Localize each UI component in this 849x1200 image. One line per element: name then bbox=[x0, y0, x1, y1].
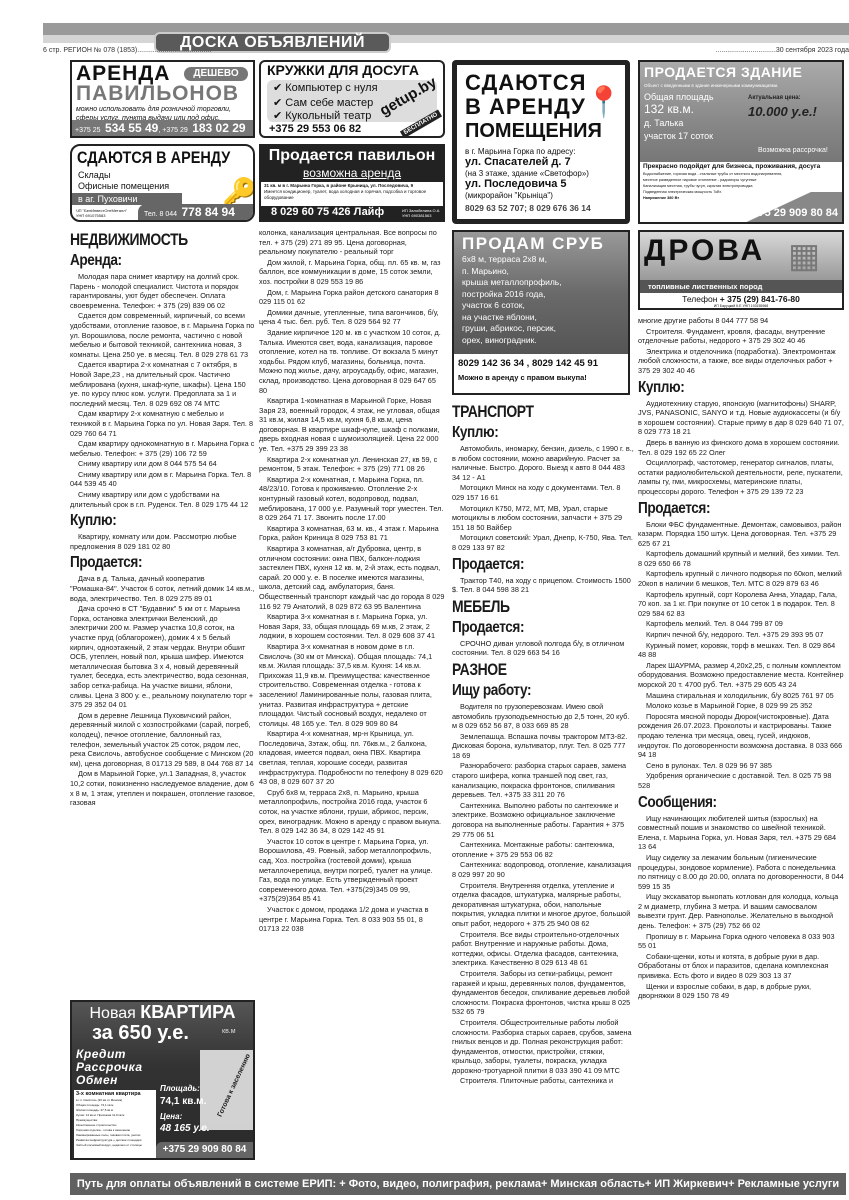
listing-continued: колонка, канализация центральная. Все во… bbox=[259, 228, 445, 257]
ad-headline: ДРОВА bbox=[644, 234, 765, 268]
ad-address-note: (микрорайон "Крыніца") bbox=[465, 191, 553, 200]
listing: Собаки-щенки, коты и котята, в добрые ру… bbox=[638, 952, 844, 981]
ad-prodam-srub: ПРОДАМ СРУБ 6х8 м, терраса 2х8 м, п. Мар… bbox=[452, 230, 630, 395]
listing: Картофель мелкий. Тел. 8 044 799 87 09 bbox=[638, 619, 844, 629]
listing: Разнорабочего: разборка старых сараев, з… bbox=[452, 761, 634, 799]
listing: Ищу сиделку за лежачим больным (гигиенич… bbox=[638, 853, 844, 891]
ad-address: ул. Спасателей д. 7 bbox=[465, 156, 571, 168]
listing: Сдам квартиру однокомнатную в г. Марьина… bbox=[70, 439, 255, 458]
listing: Щенки и взрослые собаки, в дар, в добрые… bbox=[638, 982, 844, 1001]
ad-list-item: ✔ Кукольный театр bbox=[267, 110, 437, 123]
ad-price: 10.000 у.е.! bbox=[748, 104, 817, 119]
listing: Сруб 6х8 м, терраса 2х8, п. Марьино, кры… bbox=[259, 788, 445, 836]
masthead: ДОСКА ОБЪЯВЛЕНИЙ 6 стр. РЕГИОН № 078 (18… bbox=[43, 23, 849, 63]
listing: Строителя. Плиточные работы, сантехника … bbox=[452, 1076, 634, 1086]
ad-headline: ПРОДАМ СРУБ bbox=[462, 234, 604, 254]
subheading-rent: Аренда: bbox=[70, 252, 227, 269]
listing: Трактор Т40, на ходу с прицепом. Стоимос… bbox=[452, 576, 634, 595]
listing: Строителя. Все виды строительно-отделочн… bbox=[452, 930, 634, 968]
subheading-sale: Продается: bbox=[70, 554, 227, 571]
ad-headline: Новая КВАРТИРА bbox=[72, 1002, 253, 1023]
phone-label: Телефон bbox=[682, 294, 717, 304]
ad-detail-line: Чистый сосновый воздух, недалеко от стол… bbox=[76, 1143, 154, 1148]
ad-phone: +375 29 909 80 84 bbox=[746, 207, 838, 219]
subheading-sale: Продается: bbox=[452, 619, 607, 636]
phone-number: 534 55 49 bbox=[105, 121, 158, 135]
ad-novaya-kvartira: Новая КВАРТИРА за 650 у.е. кв.м Кредит Р… bbox=[70, 1000, 255, 1160]
column-2: колонка, канализация центральная. Все во… bbox=[259, 228, 445, 935]
ad-phone-bar: +375 25 534 55 49, +375 29 183 02 29 bbox=[72, 120, 253, 136]
listing: Молодая пара снимет квартиру на долгий с… bbox=[70, 272, 255, 310]
ad-subtitle: топливные лиственных пород bbox=[640, 280, 842, 293]
listing: Молоко козье в Марьиной Горке, 8 029 99 … bbox=[638, 701, 844, 711]
ad-headline: СДАЮТСЯ bbox=[465, 71, 586, 95]
listing: Сантехника: водопровод, отопление, канал… bbox=[452, 860, 634, 879]
ad-arenda-pavilionov: АРЕНДА ДЕШЕВО ПАВИЛЬОНОВ можно использов… bbox=[70, 60, 255, 138]
listing: Картофель крупный с личного подворья по … bbox=[638, 569, 844, 588]
ad-detail-line: Имеется кондиционер, туалет, вода холодн… bbox=[264, 189, 440, 201]
listing: Квартира 3 комнатная, 63 м. кв., 4 этаж … bbox=[259, 524, 445, 543]
ad-headline-2: ПАВИЛЬОНОВ bbox=[76, 82, 239, 106]
ad-line: Склады bbox=[78, 170, 111, 180]
ad-place: д. Талька bbox=[644, 118, 683, 128]
listing: Квартира 3-х комнатная в г. Марьина Горк… bbox=[259, 612, 445, 641]
ad-phone: 8029 63 52 707; 8 029 676 36 14 bbox=[465, 203, 591, 213]
ad-address-note: (на 3 этаже, здание «Светофор») bbox=[465, 169, 589, 178]
listing: Сдам квартиру 2-х комнатную с мебелью и … bbox=[70, 409, 255, 438]
phone-prefix: +375 25 bbox=[75, 127, 101, 134]
listing: Квартира 2-х комнатная ул. Ленинская 27,… bbox=[259, 455, 445, 474]
listing: Строителя. Заборы из сетки-рабицы, ремон… bbox=[452, 969, 634, 1017]
listing: Водителя по грузоперевозкам. Имею свой а… bbox=[452, 702, 634, 731]
listing: Строителя. Внутренняя отделка, утепление… bbox=[452, 881, 634, 929]
section-heading-transport: ТРАНСПОРТ bbox=[452, 403, 601, 421]
subheading-looking-for-work: Ищу работу: bbox=[452, 682, 607, 699]
ad-area: 74,1 кв.м. bbox=[160, 1096, 206, 1107]
issue-date: ...............................30 сентяб… bbox=[716, 47, 849, 54]
ad-phone-line: Телефон + 375 (29) 841-76-80 bbox=[640, 294, 842, 304]
phone-prefix: Тел. 8 044 bbox=[144, 211, 177, 218]
listing: СРОЧНО диван угловой полгода б/у, в отли… bbox=[452, 639, 634, 658]
ad-unit: кв.м bbox=[222, 1028, 236, 1035]
listing: Сниму квартиру или дом в г. Марьина Горк… bbox=[70, 470, 255, 489]
ad-headline: СДАЮТСЯ В АРЕНДУ bbox=[77, 148, 230, 168]
subheading-sale: Продается: bbox=[452, 556, 607, 573]
ad-pomeshcheniya: СДАЮТСЯ В АРЕНДУ 📍 ПОМЕЩЕНИЯ в г. Марьин… bbox=[452, 60, 630, 224]
ad-line: груши, абрикос, персик, bbox=[462, 323, 562, 335]
listing: Дом в деревне Лешница Пуховичский район,… bbox=[70, 711, 255, 769]
section-heading-furniture: МЕБЕЛЬ bbox=[452, 598, 601, 616]
ad-sklady: СДАЮТСЯ В АРЕНДУ Склады Офисные помещени… bbox=[70, 144, 255, 222]
section-heading-real-estate: НЕДВИЖИМОСТЬ bbox=[70, 231, 222, 249]
ad-headline: ПРОДАЕТСЯ ЗДАНИЕ bbox=[644, 64, 802, 80]
listing: Участок с домом, продажа 1/2 дома и учас… bbox=[259, 905, 445, 934]
ad-line: постройка 2016 года, bbox=[462, 289, 562, 301]
listing: Ларек ШАУРМА, размер 4,20х2,25, с полным… bbox=[638, 661, 844, 690]
subheading-buy: Куплю: bbox=[452, 424, 607, 441]
listing: Строителя. Общестроительные работы любой… bbox=[452, 1018, 634, 1076]
listing: Домики дачные, утепленные, типа вагончик… bbox=[259, 308, 445, 327]
listing: Участок 10 соток в центре г. Марьина Гор… bbox=[259, 837, 445, 904]
listing: Землепашца. Вспашка почвы трактором МТЗ-… bbox=[452, 732, 634, 761]
ad-prodaetsya-pavilion: Продается павильон возможна аренда 31 кв… bbox=[259, 144, 445, 222]
listing: Квартира 1-комнатная в Марьиной Горке, Н… bbox=[259, 396, 445, 454]
listing: Дом в Марьиной Горке, ул.1 Западная, 8, … bbox=[70, 769, 255, 807]
ad-line: на участке яблони, bbox=[462, 312, 562, 324]
listing: Сантехника. Выполню работы по сантехнике… bbox=[452, 801, 634, 839]
listing: Аудиотехнику старую, японскую (магнитофо… bbox=[638, 399, 844, 437]
ad-perk: Обмен bbox=[76, 1074, 143, 1087]
listing: Картофель крупный, сорт Королева Анна, У… bbox=[638, 590, 844, 619]
ad-price-per-m: за 650 у.е. bbox=[92, 1022, 189, 1045]
ad-price-label: Цена: bbox=[160, 1112, 182, 1121]
listing: Дача в д. Талька, дачный кооператив "Ром… bbox=[70, 574, 255, 603]
listing: Кирпич печной б/у, недорого. Тел. +375 2… bbox=[638, 630, 844, 640]
listing: Картофель домашний крупный и мелкий, без… bbox=[638, 549, 844, 568]
listing: Мотоцикл К750, М72, МТ, МВ, Урал, старые… bbox=[452, 504, 634, 533]
ad-perks: Кредит Рассрочка Обмен bbox=[76, 1048, 143, 1087]
ad-legal: ИП Залобелина О.А УНП 690381563 bbox=[402, 208, 440, 218]
ad-headline-part: КВАРТИРА bbox=[140, 1002, 235, 1022]
ad-tagline: Прекрасно подойдет для бизнеса, проживан… bbox=[643, 163, 839, 171]
listing: Удобрения органические с доставкой. Тел.… bbox=[638, 771, 844, 790]
subheading-sale: Продается: bbox=[638, 500, 813, 517]
listing: Куриный помет, коровяк, торф в мешках. Т… bbox=[638, 641, 844, 660]
listing: Поросята мясной породы Дюрок(чистокровны… bbox=[638, 712, 844, 760]
phone-number: + 375 (29) 841-76-80 bbox=[720, 294, 800, 304]
ad-installment: Возможна рассрочка! bbox=[758, 147, 828, 154]
ad-details: 31 кв. м в г. Марьина Горка, в районе Кр… bbox=[261, 182, 443, 206]
ad-subtitle: возможна аренда bbox=[261, 166, 443, 180]
listing: Мотоцикл Минск на ходу с документами. Те… bbox=[452, 483, 634, 502]
ad-line: участок 6 соток, bbox=[462, 300, 562, 312]
listing: Сдается дом современный, кирпичный, со в… bbox=[70, 311, 255, 359]
ad-type: 3-х комнатная квартира bbox=[76, 1091, 154, 1098]
firewood-icon: ▦ bbox=[788, 236, 820, 276]
phone-number: 778 84 94 bbox=[182, 205, 235, 219]
listing: Пропишу в г. Марьина Горка одного челове… bbox=[638, 932, 844, 951]
footer-banner: Путь для оплаты объявлений в системе ЕРИ… bbox=[70, 1173, 846, 1195]
ad-note: Можно в аренду с правом выкупа! bbox=[458, 373, 587, 382]
listing: Квартира 3 комнатная, а/г Дубровка, цент… bbox=[259, 544, 445, 611]
listing: Сниму квартиру или дом 8 044 575 54 64 bbox=[70, 459, 255, 469]
ad-headline-2: В АРЕНДУ bbox=[465, 95, 586, 119]
ad-kruzhki: КРУЖКИ ДЛЯ ДОСУГА ✔ Компьютер с нуля ✔ С… bbox=[259, 60, 445, 138]
ad-badge: ДЕШЕВО bbox=[184, 67, 248, 81]
ad-area-label: Общая площадь bbox=[644, 92, 714, 102]
ad-headline: Продается павильон bbox=[261, 147, 443, 165]
listing: Мотоцикл советский: Урал, Днепр, К-750, … bbox=[452, 533, 634, 552]
listing: Квартира 3-х комнатная в новом доме в г.… bbox=[259, 642, 445, 728]
listing: Квартира 4-х комнатная, мр-н Крыница, ул… bbox=[259, 729, 445, 787]
column-3: ТРАНСПОРТ Куплю: Автомобиль, иномарку, б… bbox=[452, 400, 634, 1087]
ad-price: 48 165 у.е. bbox=[160, 1123, 210, 1134]
listing: Сено в рулонах. Тел. 8 029 96 97 385 bbox=[638, 761, 844, 771]
ad-line: крыша металлопрофиль, bbox=[462, 277, 562, 289]
ad-phone: 8029 142 36 34 , 8029 142 45 91 bbox=[458, 358, 598, 369]
listing: Сдается квартира 2-х комнатная с 7 октяб… bbox=[70, 360, 255, 408]
ad-phone: +375 29 553 06 82 bbox=[269, 123, 361, 135]
listing: Строителя. Фундамент, кровля, фасады, вн… bbox=[638, 327, 844, 346]
ad-phone-bar: Тел. 8 044 778 84 94 bbox=[138, 204, 253, 220]
listing: Здание кирпичное 120 м. кв с участком 10… bbox=[259, 328, 445, 395]
ad-legal: ЧП "БелИнвестОптМеталл" УНП 691075583 bbox=[76, 208, 136, 218]
subheading-messages: Сообщения: bbox=[638, 794, 813, 811]
listing: Автомобиль, иномарку, бензин, дизель, с … bbox=[452, 444, 634, 482]
location-pin-icon: 📍 bbox=[585, 85, 622, 120]
listing: Ищу начинающих любителей шитья (взрослых… bbox=[638, 814, 844, 852]
ad-line: 6х8 м, терраса 2х8 м, bbox=[462, 254, 562, 266]
ad-area-label: Площадь: bbox=[160, 1084, 200, 1093]
listing: Дверь в ванную из финского дома в хороше… bbox=[638, 438, 844, 457]
listing: Сантехника. Монтажные работы: сантехника… bbox=[452, 840, 634, 859]
ad-subtitle: Объект с введенными в здание инженерными… bbox=[644, 83, 778, 88]
phone-number: 183 02 29 bbox=[192, 121, 245, 135]
ad-legal: ИП Баруцкий К.Е УНП 193155968 bbox=[640, 304, 842, 308]
listing: Ищу экскаватор выкопать котлован для кол… bbox=[638, 892, 844, 930]
ad-plot: участок 17 соток bbox=[644, 131, 713, 141]
listing: Электрика и отделочника (подработка). Эл… bbox=[638, 347, 844, 376]
listing-continued: многие другие работы 8 044 777 58 94 bbox=[638, 316, 844, 326]
ad-line: п. Марьино, bbox=[462, 266, 562, 278]
ad-phone: 8 029 60 75 426 Лайф bbox=[271, 206, 384, 218]
listing: Дом, г. Марьина Горка район детского сан… bbox=[259, 288, 445, 307]
ad-line: орех, виноградник. bbox=[462, 335, 562, 347]
ad-description: 6х8 м, терраса 2х8 м, п. Марьино, крыша … bbox=[462, 254, 562, 346]
listing: Машина стиральная и холодильник, б/у 802… bbox=[638, 691, 844, 701]
ad-price-label: Актуальная цена: bbox=[748, 95, 801, 101]
listing: Квартиру, комнату или дом. Рассмотрю люб… bbox=[70, 532, 255, 551]
phone-prefix: , +375 29 bbox=[158, 127, 187, 134]
section-heading-misc: РАЗНОЕ bbox=[452, 661, 601, 679]
ad-line: Офисные помещения bbox=[78, 181, 169, 191]
ad-drova: ДРОВА ▦ топливные лиственных пород Телеф… bbox=[638, 230, 844, 310]
ad-phone: +375 29 909 80 84 bbox=[156, 1142, 253, 1158]
listing: Сниму квартиру или дом с удобствами на д… bbox=[70, 490, 255, 509]
subheading-buy: Куплю: bbox=[70, 512, 227, 529]
ad-headline-3: ПОМЕЩЕНИЯ bbox=[465, 119, 602, 143]
ad-address: ул. Последовича 5 bbox=[465, 178, 567, 190]
listing: Дача срочно в СТ "Будавник" 5 км от г. М… bbox=[70, 604, 255, 710]
issue-info: 6 стр. РЕГИОН № 078 (1853)..............… bbox=[43, 47, 211, 54]
listing: Блоки ФБС фундаментные. Демонтаж, самовы… bbox=[638, 520, 844, 549]
listing: Осциллограф, частотомер, генератор сигна… bbox=[638, 458, 844, 496]
ad-headline-part: Новая bbox=[89, 1005, 135, 1022]
ad-details: 3-х комнатная квартира в г.п. Свислочь (… bbox=[74, 1090, 156, 1160]
subheading-buy: Куплю: bbox=[638, 379, 813, 396]
listing: Квартира 2-х комнатная, г. Марьина Горка… bbox=[259, 475, 445, 523]
ad-area: 132 кв.м. bbox=[644, 102, 694, 116]
ad-headline: КРУЖКИ ДЛЯ ДОСУГА bbox=[267, 62, 419, 78]
column-1: НЕДВИЖИМОСТЬ Аренда: Молодая пара снимет… bbox=[70, 228, 255, 809]
ad-prodaetsya-zdanie: ПРОДАЕТСЯ ЗДАНИЕ Объект с введенными в з… bbox=[638, 60, 844, 224]
ad-address-intro: в г. Марьина Горка по адресу: bbox=[465, 147, 576, 156]
listing: Дом жилой, г. Марьина Горка, общ. пл. 65… bbox=[259, 258, 445, 287]
column-4: многие другие работы 8 044 777 58 94 Стр… bbox=[638, 316, 844, 1002]
